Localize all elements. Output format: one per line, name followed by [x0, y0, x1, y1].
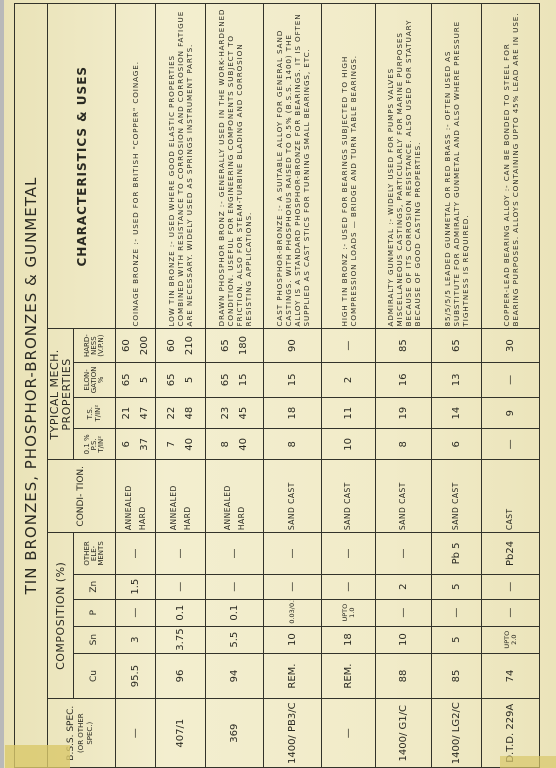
rotated-document: TIN BRONZES, PHOSPHOR-BRONZES & GUNMETAL…	[0, 0, 556, 768]
table-row: D.T.D. 229A 74 UPTO 2.0 — — Pb24 CAST — …	[482, 4, 540, 768]
ts-cell: 19	[376, 398, 432, 429]
ts-cell: 2248	[156, 398, 206, 429]
p-cell: 0.03/0.25	[264, 599, 322, 626]
ps-cell: —	[482, 429, 540, 460]
spec-cell: 1400/ LG2/C	[432, 699, 482, 768]
hardness-cell: 85	[376, 329, 432, 362]
spec-cell: 407/1	[156, 699, 206, 768]
condition-cell: SAND CAST	[322, 460, 376, 533]
zn-cell: 1.5	[116, 574, 156, 599]
other-cell: —	[264, 533, 322, 575]
cu-cell: 95.5	[116, 653, 156, 699]
ps-cell: 840	[206, 429, 264, 460]
condition-cell: SAND CAST	[264, 460, 322, 533]
ps-cell: 637	[116, 429, 156, 460]
zn-cell: —	[482, 574, 540, 599]
other-cell: —	[376, 533, 432, 575]
sn-cell: 10	[376, 626, 432, 653]
ts-cell: 18	[264, 398, 322, 429]
elongation-cell: 2	[322, 362, 376, 397]
zn-header: Zn	[74, 574, 116, 599]
p-cell: —	[116, 599, 156, 626]
ps-cell: 8	[264, 429, 322, 460]
ts-cell: 2345	[206, 398, 264, 429]
zn-cell: —	[264, 574, 322, 599]
ps-cell: 10	[322, 429, 376, 460]
ps-cell: 740	[156, 429, 206, 460]
characteristics-header: CHARACTERISTICS & USES	[48, 4, 116, 329]
spec-cell: 1400/ G1/C	[376, 699, 432, 768]
condition-cell: CAST	[482, 460, 540, 533]
table-row: 1400/ G1/C 88 10 — 2 — SAND CAST 8 19 16…	[376, 4, 432, 768]
tape-strip	[5, 745, 70, 768]
sn-cell: 5.5	[206, 626, 264, 653]
elongation-header: ELON- GATION %	[74, 362, 116, 397]
zn-cell: —	[206, 574, 264, 599]
condition-cell: SAND CAST	[376, 460, 432, 533]
elongation-cell: 15	[264, 362, 322, 397]
alloy-table: TIN BRONZES, PHOSPHOR-BRONZES & GUNMETAL…	[14, 3, 540, 768]
hardness-cell: 65180	[206, 329, 264, 362]
p-header: P	[74, 599, 116, 626]
hardness-cell: 90	[264, 329, 322, 362]
hardness-cell: 60200	[116, 329, 156, 362]
cu-cell: REM.	[322, 653, 376, 699]
proof-stress-header: 0.1 % P.S. T/IN²	[74, 429, 116, 460]
other-cell: —	[206, 533, 264, 575]
hardness-cell: 65	[432, 329, 482, 362]
other-cell: Pb 5	[432, 533, 482, 575]
cu-header: Cu	[74, 653, 116, 699]
hardness-cell: —	[322, 329, 376, 362]
uses-cell: HIGH TIN BRONZ :- USED FOR BEARINGS SUBJ…	[322, 4, 376, 329]
condition-cell: ANNEALEDHARD	[156, 460, 206, 533]
elongation-cell: 655	[156, 362, 206, 397]
cu-cell: 88	[376, 653, 432, 699]
uses-cell: DRAWN PHOSPHOR BRONZ :- GENERALLY USED I…	[206, 4, 264, 329]
tensile-strength-header: T.S. T/IN²	[74, 398, 116, 429]
spec-cell: 1400/ PB3/C	[264, 699, 322, 768]
cu-cell: 94	[206, 653, 264, 699]
condition-cell: SAND CAST	[432, 460, 482, 533]
sn-cell: 5	[432, 626, 482, 653]
table-row: 369 94 5.5 0.1 — — ANNEALEDHARD 840 2345…	[206, 4, 264, 768]
cu-cell: 85	[432, 653, 482, 699]
spec-cell: —	[322, 699, 376, 768]
other-cell: —	[156, 533, 206, 575]
sn-cell: 18	[322, 626, 376, 653]
ts-cell: 2147	[116, 398, 156, 429]
hardness-cell: 30	[482, 329, 540, 362]
mech-properties-header: TYPICAL MECH. PROPERTIES	[48, 329, 74, 460]
zn-cell: 5	[432, 574, 482, 599]
other-elements-header: OTHER ELE- MENTS	[74, 533, 116, 575]
ts-cell: 9	[482, 398, 540, 429]
other-cell: —	[322, 533, 376, 575]
sn-header: Sn	[74, 626, 116, 653]
table-row: 1400/ PB3/C REM. 10 0.03/0.25 — — SAND C…	[264, 4, 322, 768]
elongation-cell: 13	[432, 362, 482, 397]
ps-cell: 6	[432, 429, 482, 460]
condition-cell: ANNEALEDHARD	[206, 460, 264, 533]
cu-cell: 74	[482, 653, 540, 699]
table-row: 407/1 96 3.75 0.1 — — ANNEALEDHARD 740 2…	[156, 4, 206, 768]
page-title: TIN BRONZES, PHOSPHOR-BRONZES & GUNMETAL	[15, 4, 48, 768]
p-cell: —	[482, 599, 540, 626]
elongation-cell: 655	[116, 362, 156, 397]
ts-cell: 14	[432, 398, 482, 429]
ps-cell: 8	[376, 429, 432, 460]
table-row: 1400/ LG2/C 85 5 — 5 Pb 5 SAND CAST 6 14…	[432, 4, 482, 768]
uses-cell: CAST PHOSPHOR-BRONZE :- A SUITABLE ALLOY…	[264, 4, 322, 329]
zn-cell: —	[156, 574, 206, 599]
hardness-cell: 60210	[156, 329, 206, 362]
table-row: — 95.5 3 — 1.5 — ANNEALEDHARD 637 2147 6…	[116, 4, 156, 768]
sn-cell: 3	[116, 626, 156, 653]
uses-cell: ADMIRALTY GUNMETAL :- WIDELY USED FOR PU…	[376, 4, 432, 329]
p-cell: —	[376, 599, 432, 626]
p-cell: UPTO 1.0	[322, 599, 376, 626]
sn-cell: 3.75	[156, 626, 206, 653]
table-row: — REM. 18 UPTO 1.0 — — SAND CAST 10 11 2…	[322, 4, 376, 768]
p-cell: 0.1	[156, 599, 206, 626]
elongation-cell: 16	[376, 362, 432, 397]
cu-cell: REM.	[264, 653, 322, 699]
uses-cell: COPPER-LEAD BEARING ALLOY :- CAN BE BOND…	[482, 4, 540, 329]
uses-cell: COINAGE BRONZE :- USED FOR BRITISH "COPP…	[116, 4, 156, 329]
sn-cell: 10	[264, 626, 322, 653]
sn-cell: UPTO 2.0	[482, 626, 540, 653]
spec-cell: 369	[206, 699, 264, 768]
other-cell: —	[116, 533, 156, 575]
p-cell: —	[432, 599, 482, 626]
p-cell: 0.1	[206, 599, 264, 626]
hardness-header: HARD- NESS (V.P.N)	[74, 329, 116, 362]
spec-cell: —	[116, 699, 156, 768]
condition-header: CONDI- TION.	[48, 460, 116, 533]
other-cell: Pb24	[482, 533, 540, 575]
uses-cell: LOW TIN BRONZE :- USED WHERE GOOD ELASTI…	[156, 4, 206, 329]
ts-cell: 11	[322, 398, 376, 429]
cu-cell: 96	[156, 653, 206, 699]
composition-header: COMPOSITION (%)	[48, 533, 74, 699]
zn-cell: —	[322, 574, 376, 599]
zn-cell: 2	[376, 574, 432, 599]
elongation-cell: 6515	[206, 362, 264, 397]
elongation-cell: —	[482, 362, 540, 397]
tape-strip	[500, 756, 556, 768]
uses-cell: 85/5/5/5 LEADED GUNMETAL OR RED BRASS :-…	[432, 4, 482, 329]
condition-cell: ANNEALEDHARD	[116, 460, 156, 533]
